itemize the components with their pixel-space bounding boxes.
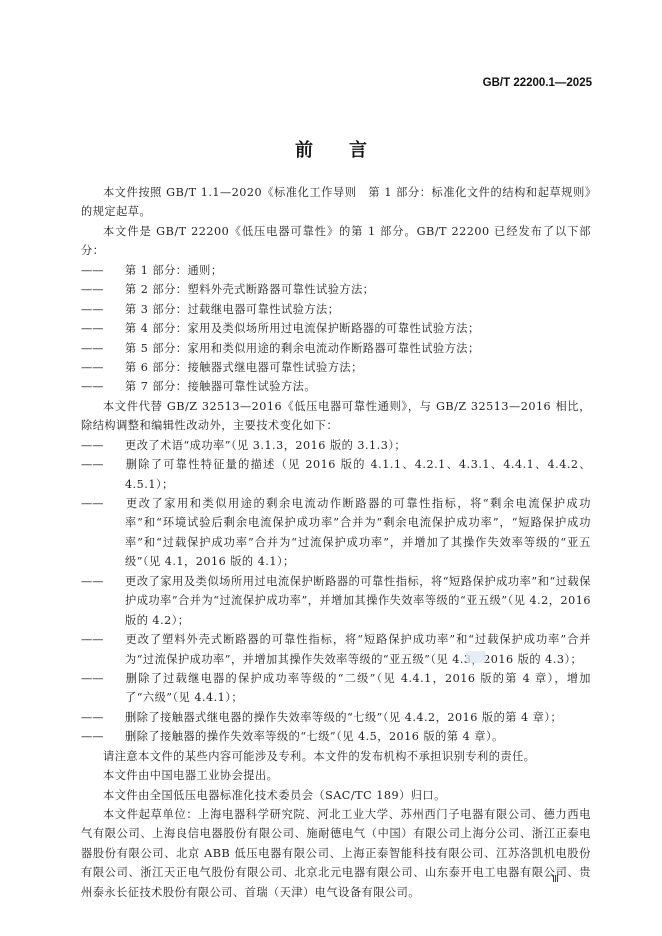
dash-mark: —— [103,572,125,591]
list-item-change: ——更改了家用和类似用途的剩余电流动作断路器的可靠性指标，将“剩余电流保护成功率… [81,494,591,572]
document-body: 本文件按照 GB/T 1.1—2020《标准化工作导则 第 1 部分：标准化文件… [81,183,591,902]
list-item-part: ——第 3 部分：过载继电器可靠性试验方法； [81,300,591,319]
list-item-part: ——第 6 部分：接触器式继电器可靠性试验方法； [81,358,591,377]
list-item-part: ——第 5 部分：家用和类似用途的剩余电流动作断路器可靠性试验方法； [81,339,591,358]
page-number: Ⅲ [552,874,559,885]
dash-mark: —— [103,455,125,474]
page-title: 前言 [0,136,662,162]
dash-mark: —— [103,669,125,688]
list-item-part: ——第 7 部分：接触器可靠性试验方法。 [81,377,591,396]
list-item-change: ——删除了接触器的操作失效率等级的“七级”（见 4.5，2016 版的第 4 章… [81,727,591,746]
list-item-change: ——更改了术语“成功率”（见 3.1.3，2016 版的 3.1.3）； [81,436,591,455]
list-item-change: ——更改了塑料外壳式断路器的可靠性指标，将“短路保护成功率”和“过载保护成功率”… [81,630,591,669]
dash-mark: —— [103,339,125,358]
dash-mark: —— [103,300,125,319]
list-item-change: ——删除了过载继电器的保护成功率等级的“二级”（见 4.4.1，2016 版的第… [81,669,591,708]
list-item-part: ——第 2 部分：塑料外壳式断路器可靠性试验方法； [81,280,591,299]
watermark-logo [466,651,486,663]
list-item-change: ——更改了家用及类似场所用过电流保护断路器的可靠性指标，将“短路保护成功率”和“… [81,572,591,630]
paragraph-drafting-rules: 本文件按照 GB/T 1.1—2020《标准化工作导则 第 1 部分：标准化文件… [81,183,591,222]
dash-mark: —— [103,708,125,727]
standard-number-header: GB/T 22200.1—2025 [478,77,592,89]
dash-mark: —— [103,358,125,377]
dash-mark: —— [103,436,125,455]
dash-mark: —— [103,494,125,513]
list-item-part: ——第 4 部分：家用及类似场所用过电流保护断路器的可靠性试验方法； [81,319,591,338]
paragraph-series-intro: 本文件是 GB/T 22200《低压电器可靠性》的第 1 部分。GB/T 222… [81,222,591,261]
list-item-change: ——删除了接触器式继电器的操作失效率等级的“七级”（见 4.4.2，2016 版… [81,708,591,727]
list-item-change: ——删除了可靠性特征量的描述（见 2016 版的 4.1.1、4.2.1、4.3… [81,455,591,494]
dash-mark: —— [103,630,125,649]
dash-mark: —— [103,727,125,746]
dash-mark: —— [103,319,125,338]
paragraph-proposer: 本文件由中国电器工业协会提出。 [81,766,591,785]
dash-mark: —— [103,377,125,396]
paragraph-patent-notice: 请注意本文件的某些内容可能涉及专利。本文件的发布机构不承担识别专利的责任。 [81,747,591,766]
dash-mark: —— [103,280,125,299]
dash-mark: —— [103,261,125,280]
paragraph-replacement: 本文件代替 GB/Z 32513—2016《低压电器可靠性通则》，与 GB/Z … [81,397,591,436]
paragraph-committee: 本文件由全国低压电器标准化技术委员会（SAC/TC 189）归口。 [81,786,591,805]
list-item-part: ——第 1 部分：通则； [81,261,591,280]
paragraph-drafting-units: 本文件起草单位：上海电器科学研究院、河北工业大学、苏州西门子电器有限公司、德力西… [81,805,591,902]
